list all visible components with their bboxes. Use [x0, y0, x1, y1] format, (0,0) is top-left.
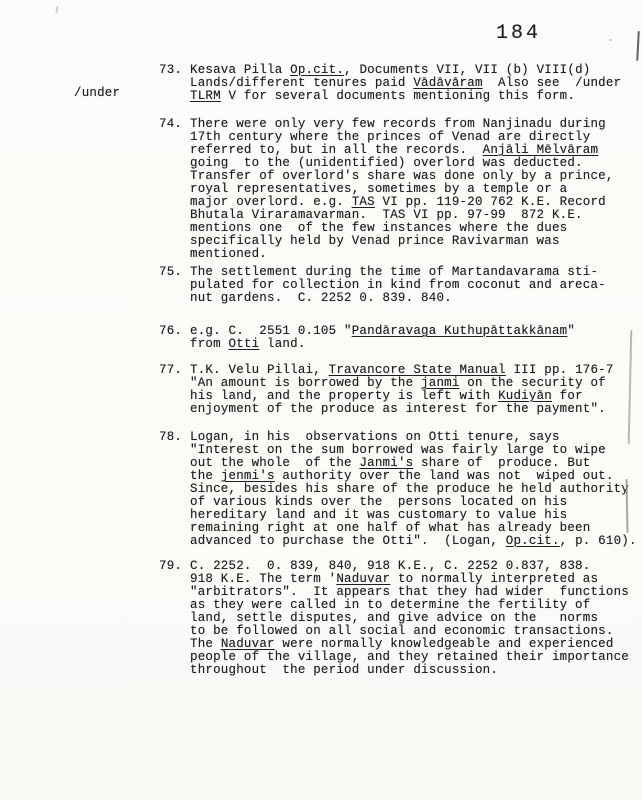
- footnote-text: e.g. C. 2551 0.105 "Pandāravaga Kuthupāt…: [190, 325, 575, 351]
- scan-artifact-speck: [609, 39, 612, 41]
- footnote-text: The settlement during the time of Martan…: [190, 266, 606, 305]
- page-number: 184: [496, 22, 541, 45]
- scan-artifact-line: [636, 31, 640, 61]
- footnote-number: 77.: [159, 364, 190, 377]
- footnote-item: 73.Kesava Pilla Op.cit., Documents VII, …: [159, 64, 629, 103]
- footnote-text: There were only very few records from Na…: [190, 118, 614, 261]
- footnote-item: 77.T.K. Velu Pillai, Travancore State Ma…: [159, 364, 629, 416]
- footnote-line: throughout the period under discussion.: [190, 664, 629, 677]
- footnote-number: 74.: [159, 118, 190, 131]
- footnote-number: 75.: [159, 266, 190, 279]
- footnote-item: 76.e.g. C. 2551 0.105 "Pandāravaga Kuthu…: [159, 325, 629, 351]
- footnote-item: 78.Logan, in his observations on Otti te…: [159, 431, 629, 548]
- footnote-line: from Otti land.: [190, 338, 575, 351]
- footnote-line: enjoyment of the produce as interest for…: [190, 403, 614, 416]
- footnote-number: 76.: [159, 325, 190, 338]
- footnote-item: 75.The settlement during the time of Mar…: [159, 266, 629, 305]
- footnote-number: 79.: [159, 560, 190, 573]
- footnotes-list: 73.Kesava Pilla Op.cit., Documents VII, …: [159, 64, 629, 677]
- footnote-line: nut gardens. C. 2252 0. 839. 840.: [190, 292, 606, 305]
- margin-annotation: /under: [74, 86, 120, 100]
- scanned-document-page: 184 /under 73.Kesava Pilla Op.cit., Docu…: [0, 0, 642, 800]
- footnote-text: C. 2252. 0. 839, 840, 918 K.E., C. 2252 …: [190, 560, 629, 677]
- footnote-line: advanced to purchase the Otti". (Logan, …: [190, 535, 637, 548]
- scan-artifact-speck: [55, 6, 58, 13]
- footnote-text: Kesava Pilla Op.cit., Documents VII, VII…: [190, 64, 621, 103]
- footnote-text: T.K. Velu Pillai, Travancore State Manua…: [190, 364, 614, 416]
- footnote-line: mentioned.: [190, 248, 614, 261]
- footnote-number: 78.: [159, 431, 190, 444]
- footnote-item: 74.There were only very few records from…: [159, 118, 629, 261]
- footnote-item: 79.C. 2252. 0. 839, 840, 918 K.E., C. 22…: [159, 560, 629, 677]
- footnote-text: Logan, in his observations on Otti tenur…: [190, 431, 637, 548]
- footnote-line: TLRM V for several documents mentioning …: [190, 90, 621, 103]
- footnote-number: 73.: [159, 64, 190, 77]
